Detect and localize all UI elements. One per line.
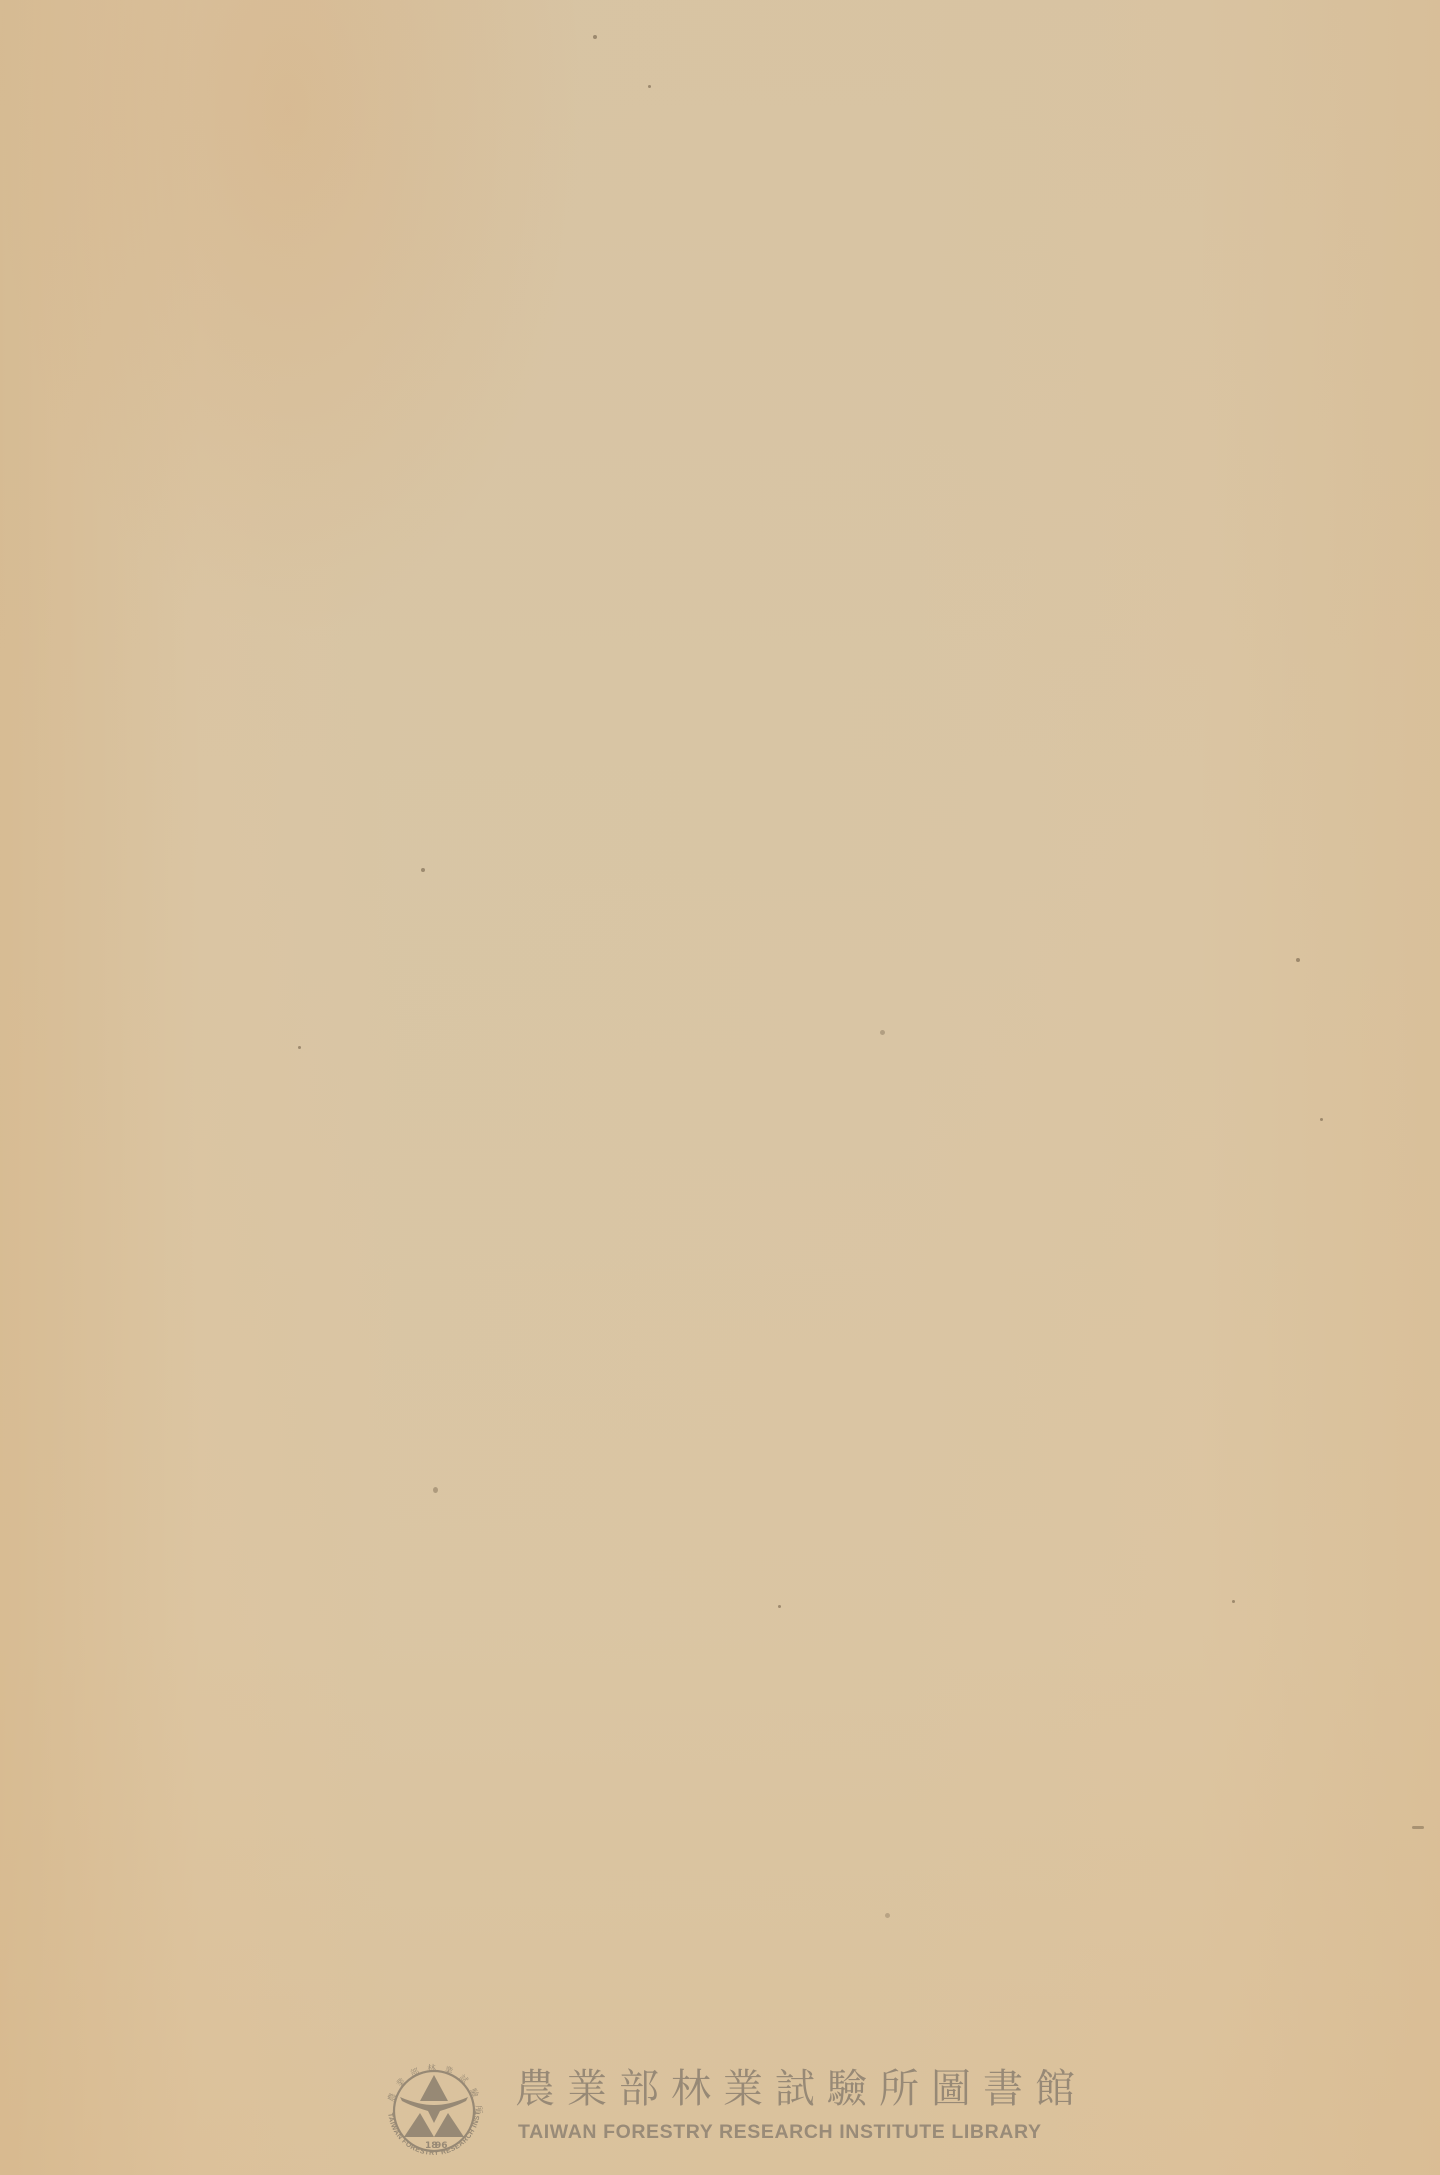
paper-speck — [421, 868, 425, 872]
paper-speck — [885, 1913, 890, 1918]
paper-speck — [778, 1605, 781, 1608]
paper-speck — [1296, 958, 1300, 962]
paper-speck — [593, 35, 597, 39]
paper-speck — [1412, 1826, 1424, 1829]
blank-paper-page: 18 96 農 業 部 林 業 試 驗 所 TAIWAN FORESTRY RE… — [0, 0, 1440, 2175]
forestry-institute-seal-icon: 18 96 農 業 部 林 業 試 驗 所 TAIWAN FORESTRY RE… — [374, 2051, 494, 2171]
paper-speck — [433, 1487, 438, 1493]
paper-speck — [880, 1030, 885, 1035]
paper-speck — [1232, 1600, 1235, 1603]
paper-speck — [1320, 1118, 1323, 1121]
paper-speck — [298, 1046, 301, 1049]
library-name-english: TAIWAN FORESTRY RESEARCH INSTITUTE LIBRA… — [518, 2121, 1042, 2143]
library-watermark: 18 96 農 業 部 林 業 試 驗 所 TAIWAN FORESTRY RE… — [370, 2045, 1070, 2170]
paper-speck — [648, 85, 651, 88]
library-name-chinese: 農業部林業試驗所圖書館 — [515, 2065, 1087, 2113]
